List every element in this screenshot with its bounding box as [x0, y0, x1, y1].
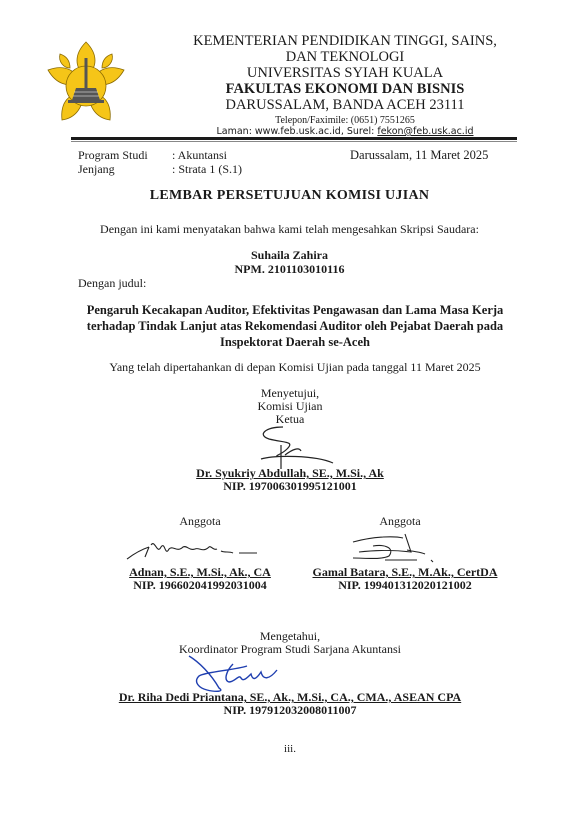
- web-text: Laman: www.feb.usk.ac.id, Surel:: [216, 126, 377, 137]
- page-number: iii.: [230, 743, 350, 755]
- defended-text: Yang telah dipertahankan di depan Komisi…: [60, 360, 530, 375]
- letterhead: KEMENTERIAN PENDIDIKAN TINGGI, SAINS, DA…: [160, 34, 530, 134]
- document-date: Darussalam, 11 Maret 2025: [350, 148, 488, 163]
- letterhead-line: DAN TEKNOLOGI: [160, 50, 530, 65]
- chair-nip: NIP. 197006301995121001: [120, 479, 460, 494]
- coordinator-nip: NIP. 197912032008011007: [100, 703, 480, 718]
- letterhead-divider: [71, 137, 517, 140]
- member-1-signature-icon: [125, 535, 260, 565]
- letterhead-web: Laman: www.feb.usk.ac.id, Surel: fekon@f…: [160, 127, 530, 137]
- thesis-title-line: Inspektorat Daerah se-Aceh: [60, 334, 530, 350]
- thesis-title-line: Pengaruh Kecakapan Auditor, Efektivitas …: [60, 302, 530, 318]
- program-label: Program Studi: [78, 148, 148, 163]
- student-npm: NPM. 2101103010116: [0, 262, 579, 277]
- letterhead-address: DARUSSALAM, BANDA ACEH 23111: [160, 98, 530, 113]
- intro-text: Dengan ini kami menyatakan bahwa kami te…: [0, 222, 579, 237]
- student-name: Suhaila Zahira: [0, 248, 579, 263]
- letterhead-phone: Telepon/Faximile: (0651) 7551265: [160, 116, 530, 126]
- level-value: : Strata 1 (S.1): [172, 162, 242, 177]
- letterhead-divider-thin: [71, 141, 517, 142]
- letterhead-faculty: FAKULTAS EKONOMI DAN BISNIS: [160, 82, 530, 97]
- university-logo: [46, 40, 126, 124]
- letterhead-university: UNIVERSITAS SYIAH KUALA: [160, 66, 530, 81]
- judul-label: Dengan judul:: [78, 276, 146, 291]
- acknowledge-block: Mengetahui, Koordinator Program Studi Sa…: [120, 630, 460, 656]
- level-label: Jenjang: [78, 162, 115, 177]
- program-value: : Akuntansi: [172, 148, 227, 163]
- flower-logo-icon: [46, 40, 126, 124]
- member-2-role: Anggota: [300, 514, 500, 529]
- member-1-nip: NIP. 196602041992031004: [95, 578, 305, 593]
- coordinator-signature-icon: [185, 652, 285, 694]
- email-link[interactable]: fekon@feb.usk.ac.id: [377, 126, 473, 137]
- acknowledge-coordinator: Koordinator Program Studi Sarjana Akunta…: [120, 643, 460, 656]
- letterhead-line: KEMENTERIAN PENDIDIKAN TINGGI, SAINS,: [160, 34, 530, 49]
- member-1-role: Anggota: [100, 514, 300, 529]
- chair-signature-icon: [255, 425, 335, 470]
- thesis-title: Pengaruh Kecakapan Auditor, Efektivitas …: [60, 302, 530, 350]
- approval-block: Menyetujui, Komisi Ujian Ketua: [170, 387, 410, 426]
- member-2-signature-icon: [345, 530, 445, 566]
- document-title: LEMBAR PERSETUJUAN KOMISI UJIAN: [0, 188, 579, 204]
- thesis-title-line: terhadap Tindak Lanjut atas Rekomendasi …: [60, 318, 530, 334]
- member-2-nip: NIP. 199401312020121002: [290, 578, 520, 593]
